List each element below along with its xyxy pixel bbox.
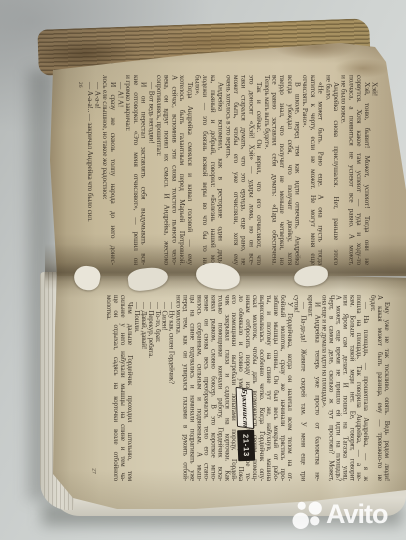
- text-line: — Па-да-да! Живите скорей там. У меня ещ…: [300, 295, 307, 481]
- text-line: — А! А!: [116, 75, 124, 265]
- text-line: Ему уже не так тоскливо, опять. Ведь ряд…: [383, 295, 390, 481]
- text-line: может быть, чтобы его уже отчисляли, хот…: [232, 75, 240, 265]
- text-line: бойный молоток, сразу же начинали трясти…: [279, 295, 286, 481]
- text-line: Андрейка снова прислушался. Нет, раньше …: [332, 75, 340, 265]
- text-line: вение он снова весь преображался, тело е…: [202, 295, 209, 481]
- text-line: полчаса, а появиться не успеют все равно…: [347, 75, 355, 265]
- bookshop-stamp: Букинист 21-13: [235, 388, 256, 465]
- text-line: не было.: [324, 75, 332, 265]
- text-line: А сейчас, вспомнив эти слова толстого пь…: [170, 75, 178, 265]
- text-line: вилось собранным, сильным и подвижным. А…: [196, 295, 203, 481]
- text-line: Теперь мать выть будет».: [263, 75, 271, 265]
- avito-wordmark: Avito: [326, 499, 388, 530]
- text-line: В школе, перед тем как идти отвечать, Ан…: [293, 75, 301, 265]
- text-line: А может, еще время не пришло ей идти на …: [334, 295, 341, 481]
- text-line: сопротивляясь, прошептал:: [155, 75, 163, 265]
- text-line: Чем дальше Гордейчик проходил штольню, т…: [126, 295, 133, 481]
- text-line: «Не может быть. Рано еще. А она пусть то…: [316, 75, 324, 265]
- text-line: ка, пьяный и добрый, говорил: «Болезнь н…: [209, 75, 217, 265]
- text-line: молотка.: [105, 295, 112, 481]
- text-line: кие отговорки. «Это меня отчисляют», — р…: [132, 75, 140, 265]
- stamp-price-box: 21-13: [237, 430, 255, 462]
- text-line: будет.: [369, 295, 376, 481]
- text-line: — То-то, брат.: [154, 295, 161, 481]
- text-line: все равно заставлял себя думать: «Пара о…: [270, 75, 278, 265]
- text-line: И Андрейка теперь уже просто от баловств…: [314, 295, 321, 481]
- text-line: — Силен!: [161, 295, 168, 481]
- text-line: хотелось быть галантным перед Марьей Пет…: [178, 75, 186, 265]
- text-line: таки старался думать, что это ерунда, ещ…: [239, 75, 247, 265]
- text-line: лось еле слышное, но такое же радостное:: [101, 75, 109, 265]
- text-line: — На площадь, — прошептала Андрейка, — я…: [362, 295, 369, 481]
- text-line: Хэй!: [370, 75, 378, 265]
- text-line: — Ну как, силен Гордейчик?: [168, 295, 175, 481]
- text-line: или Яром сам делает. И пошел на Тагазка …: [341, 295, 348, 481]
- text-line: Так и сейчас. Он верил, что его отчисляю…: [255, 75, 263, 265]
- text-line: всегда убеждал себя, что получит двойку,…: [286, 75, 294, 265]
- text-line: Андрейка вспомнил, как в ресторане один …: [216, 75, 224, 265]
- text-line: зябшие мышцы спины. Он был весь мокрый о…: [272, 295, 279, 481]
- page-folio-left: 26: [76, 82, 84, 265]
- text-line: — Вот ведь негодяи!: [147, 75, 155, 265]
- text-line: сильнее у него набухали мышцы на спине и…: [119, 295, 126, 481]
- text-line: суток!: [293, 295, 300, 481]
- stamp-script-box: Букинист: [236, 387, 254, 429]
- text-line: А какая может быть разница, ему — тревож…: [376, 295, 383, 481]
- text-line: — А-а-а!.. — закричал Андрейка что было …: [86, 75, 94, 265]
- text-line: ного молотка.: [175, 295, 182, 481]
- text-line: вырисовывалась особенно четко. Когда Гор…: [258, 295, 265, 481]
- text-line: — Давай, давай!: [140, 295, 147, 481]
- left-page-lines: Хэй!Хэй, тоню, бывит! Может, успеют! Тог…: [86, 75, 378, 265]
- text-line: твердо знал, что получит не меньше четве…: [278, 75, 286, 265]
- book-listing-photo: Хэй!Хэй, тоню, бывит! Может, успеют! Тог…: [0, 0, 406, 540]
- text-line: было».: [193, 75, 201, 265]
- text-line: — Пошли.: [133, 295, 140, 481]
- text-line: катится к черту, если не может. Не могут…: [309, 75, 317, 265]
- text-line: — Перекур, ребята.: [147, 295, 154, 481]
- text-line: сорвутся. Хотя какое там успеют — туда и…: [355, 75, 363, 265]
- text-line: кам. Больше такой меди нет. Ее, говорят,…: [348, 295, 355, 481]
- text-line: она еще и не думала идти на площадь».: [321, 295, 328, 481]
- text-line: кричал:: [307, 295, 314, 481]
- text-line: кивал рывком, словно боксер. В это корот…: [209, 295, 216, 481]
- text-line: чик закрывал глаза и садился на корточки…: [223, 295, 230, 481]
- avito-watermark: Avito: [292, 494, 404, 534]
- text-line: — А-а-а!: [93, 75, 101, 265]
- text-line: Хэй, тоню, бывит! Может, успеют! Тогда о…: [363, 75, 371, 265]
- text-line: Черт, в самом деле, сколько ж тут просто…: [327, 295, 334, 481]
- text-line: и громко закричал:: [124, 75, 132, 265]
- text-line: лодежи — это боязнь всякой веры во что б…: [201, 75, 209, 265]
- text-line: У Гордейчика, когда он налетал всем тело…: [286, 295, 293, 481]
- text-line: очень хотелось в это верить.: [224, 75, 232, 265]
- text-line: века, он вдруг понял их смысл. И Андрейк…: [163, 75, 171, 265]
- text-line: это доносят «Хэй! Хэй» — удары лома, но …: [247, 75, 255, 265]
- text-line: цы на спине вздувались и начинали подраг…: [189, 295, 196, 481]
- text-line: ще он отдыхал, садясь на корточки возле …: [112, 295, 119, 481]
- text-line: И он перестал заставлять себя выдумывать…: [139, 75, 147, 265]
- avito-logo-icon: [292, 499, 323, 530]
- left-page-text: Хэй!Хэй, тоню, бывит! Может, успеют! Тог…: [76, 75, 378, 265]
- text-line: ты, и поэтому на спине тут же, набухнув,…: [265, 295, 272, 481]
- text-line: Тогда Андрейка смеялся и кивал головой —…: [186, 75, 194, 265]
- text-line: отчислять. Рано».: [301, 75, 309, 265]
- text-line: перед тем, как он упирался глазами в рук…: [182, 295, 189, 481]
- text-line: и не было вовсе.: [340, 75, 348, 265]
- text-line: только помощники кончали работу, Гордейч…: [216, 295, 223, 481]
- page-folio-right: 27: [90, 295, 97, 474]
- text-line: И сразу же сквозь толпу народа до него д…: [109, 75, 117, 265]
- text-line: пошла на площадь. Так говорила Андрейка,…: [355, 295, 362, 481]
